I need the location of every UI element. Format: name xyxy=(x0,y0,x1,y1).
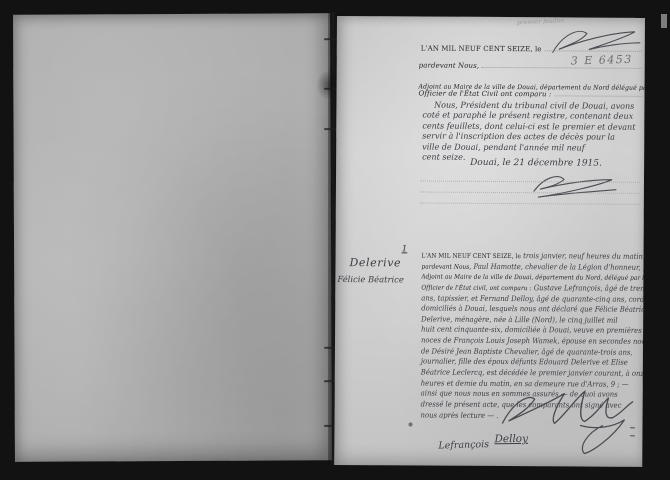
act-margin-firstnames: Félicie Béatrice xyxy=(337,274,404,284)
court-preamble: Nous, Président du tribunal civil de Dou… xyxy=(422,100,642,164)
act-number: 1 xyxy=(402,244,408,254)
adjoint-signature xyxy=(484,375,643,460)
form-year-line: L'AN MIL NEUF CENT SEIZE, le xyxy=(421,45,542,54)
witness2-signature: Delloy xyxy=(494,433,528,445)
ink-mark xyxy=(408,422,412,426)
page-edge-notch xyxy=(661,14,667,28)
dotted-rule xyxy=(545,50,642,52)
form-pardevant-line: pardevant Nous, xyxy=(419,62,480,70)
president-signature-flourish xyxy=(524,167,624,202)
form-officier-line: Officier de l'État Civil ont comparu : xyxy=(419,89,552,98)
act-margin-surname: Delerive xyxy=(349,256,401,269)
dotted-rule xyxy=(554,95,641,97)
right-page-register: premier feuillet 3 E 6453 L'AN MIL NEUF … xyxy=(334,16,645,467)
left-page-blank xyxy=(13,13,332,461)
dotted-rule xyxy=(482,67,642,69)
scanned-register-spread: premier feuillet 3 E 6453 L'AN MIL NEUF … xyxy=(0,0,670,480)
witness1-signature: Lefrançois xyxy=(438,439,489,451)
dotted-rule xyxy=(420,203,640,205)
